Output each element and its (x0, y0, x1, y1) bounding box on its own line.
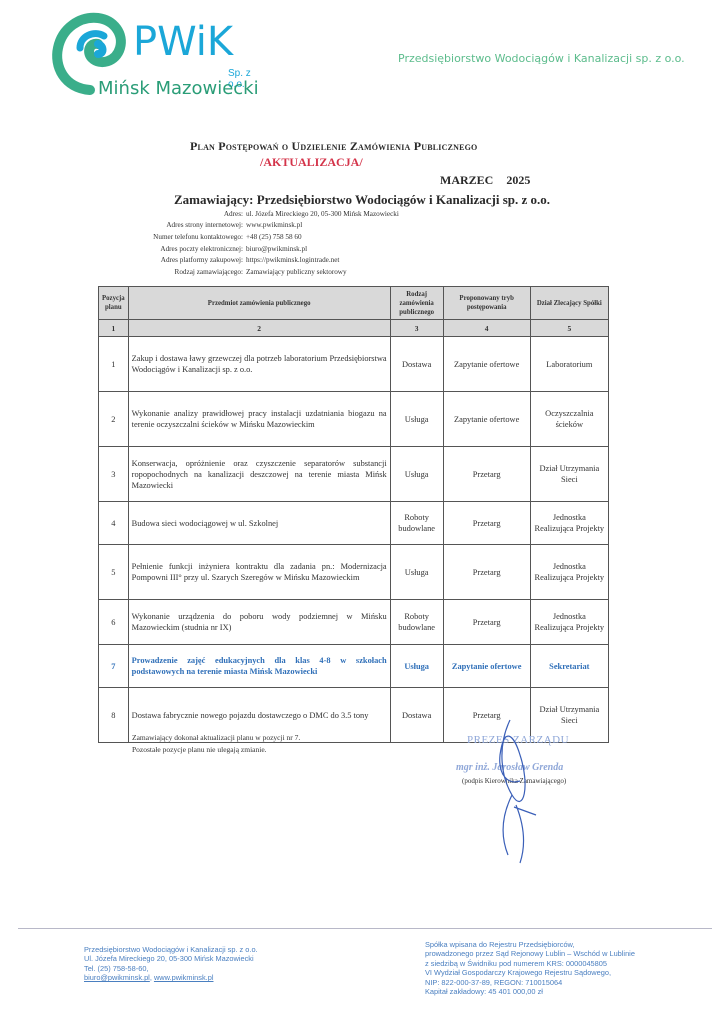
footer-line: prowadzonego przez Sąd Rejonowy Lublin –… (425, 949, 635, 958)
table-row: 2Wykonanie analizy prawidłowej pracy ins… (99, 392, 609, 447)
cell-mode: Przetarg (443, 502, 530, 545)
document-month: MARZEC (440, 173, 493, 187)
cell-position: 7 (99, 645, 129, 688)
footer-line: Kapitał zakładowy: 45 401 000,00 zł (425, 987, 635, 996)
cell-type: Dostawa (390, 337, 443, 392)
cell-department: Laboratorium (530, 337, 608, 392)
footer-email-link[interactable]: biuro@pwikminsk.pl (84, 973, 150, 982)
cell-position: 6 (99, 600, 129, 645)
company-logo: PWiK Sp. z o.o. Mińsk Mazowiecki (50, 8, 260, 103)
table-row: 7Prowadzenie zajęć edukacyjnych dla klas… (99, 645, 609, 688)
cell-position: 1 (99, 337, 129, 392)
cell-department: Sekretariat (530, 645, 608, 688)
document-year: 2025 (506, 173, 530, 187)
logo-city: Mińsk Mazowiecki (98, 78, 259, 99)
footer-registration: Spółka wpisana do Rejestru Przedsiębiorc… (425, 940, 635, 996)
buyer-label: Zamawiający: (174, 192, 253, 207)
buyer-email: Adres poczty elektronicznej:biuro@pwikmi… (100, 243, 540, 255)
buyer-website: Adres strony internetowej:www.pwikminsk.… (100, 220, 540, 232)
cell-subject: Zakup i dostawa ławy grzewczej dla potrz… (128, 337, 390, 392)
footer-line: Tel. (25) 758-58-60, (84, 964, 258, 973)
cell-position: 8 (99, 688, 129, 743)
table-row: 5Pełnienie funkcji inżyniera kontraktu d… (99, 545, 609, 600)
update-label: /AKTUALIZACJA/ (260, 155, 363, 170)
footer-line: NIP: 822-000-37-89, REGON: 710015064 (425, 978, 635, 987)
cell-position: 2 (99, 392, 129, 447)
column-number: 4 (443, 320, 530, 337)
document-title: Plan Postępowań o Udzielenie Zamówienia … (190, 139, 477, 154)
table-row: 4Budowa sieci wodociągowej w ul. Szkolne… (99, 502, 609, 545)
column-number: 2 (128, 320, 390, 337)
buyer-name: Przedsiębiorstwo Wodociągów i Kanalizacj… (257, 192, 550, 207)
handwritten-signature-icon (490, 715, 540, 865)
cell-mode: Przetarg (443, 545, 530, 600)
footer-line: Spółka wpisana do Rejestru Przedsiębiorc… (425, 940, 635, 949)
footer-website-link[interactable]: www.pwikminsk.pl (154, 973, 214, 982)
column-number: 3 (390, 320, 443, 337)
buyer-address: Adres:ul. Józefa Mireckiego 20, 05-300 M… (100, 208, 540, 220)
cell-subject: Pełnienie funkcji inżyniera kontraktu dl… (128, 545, 390, 600)
cell-subject: Wykonanie urządzenia do poboru wody podz… (128, 600, 390, 645)
header-position: Pozycja planu (99, 287, 129, 320)
buyer-phone: Numer telefonu kontaktowego:+48 (25) 758… (100, 231, 540, 243)
cell-type: Usługa (390, 545, 443, 600)
cell-mode: Zapytanie ofertowe (443, 392, 530, 447)
table-column-numbers: 1 2 3 4 5 (99, 320, 609, 337)
cell-department: Dział Utrzymania Sieci (530, 447, 608, 502)
cell-subject: Budowa sieci wodociągowej w ul. Szkolnej (128, 502, 390, 545)
header-subject: Przedmiot zamówienia publicznego (128, 287, 390, 320)
cell-department: Jednostka Realizująca Projekty (530, 545, 608, 600)
cell-mode: Zapytanie ofertowe (443, 645, 530, 688)
document-period: MARZEC 2025 (440, 173, 530, 188)
cell-mode: Zapytanie ofertowe (443, 337, 530, 392)
cell-type: Dostawa (390, 688, 443, 743)
cell-type: Roboty budowlane (390, 502, 443, 545)
footer-line: Ul. Józefa Mireckiego 20, 05-300 Mińsk M… (84, 954, 258, 963)
cell-department: Oczyszczalnia ścieków (530, 392, 608, 447)
cell-position: 4 (99, 502, 129, 545)
footer-line: VI Wydział Gospodarczy Krajowego Rejestr… (425, 968, 635, 977)
buyer-platform: Adres platformy zakupowej:https://pwikmi… (100, 254, 540, 266)
logo-brand: PWiK (133, 22, 233, 62)
buyer-details: Adres:ul. Józefa Mireckiego 20, 05-300 M… (100, 208, 540, 278)
cell-subject: Konserwacja, opróżnienie oraz czyszczeni… (128, 447, 390, 502)
cell-subject: Prowadzenie zajęć edukacyjnych dla klas … (128, 645, 390, 688)
table-row: 6Wykonanie urządzenia do poboru wody pod… (99, 600, 609, 645)
footer-line: Przedsiębiorstwo Wodociągów i Kanalizacj… (84, 945, 258, 954)
footer-contact: Przedsiębiorstwo Wodociągów i Kanalizacj… (84, 945, 258, 983)
column-number: 5 (530, 320, 608, 337)
table-row: 1Zakup i dostawa ławy grzewczej dla potr… (99, 337, 609, 392)
header-mode: Proponowany tryb postępowania (443, 287, 530, 320)
footer-links: biuro@pwikminsk.pl, www.pwikminsk.pl (84, 973, 258, 982)
cell-mode: Przetarg (443, 600, 530, 645)
header-type: Rodzaj zamówienia publicznego (390, 287, 443, 320)
footer-divider (18, 928, 712, 929)
cell-subject: Wykonanie analizy prawidłowej pracy inst… (128, 392, 390, 447)
header-department: Dział Zlecający Spółki (530, 287, 608, 320)
cell-type: Usługa (390, 392, 443, 447)
cell-type: Roboty budowlane (390, 600, 443, 645)
cell-mode: Przetarg (443, 447, 530, 502)
cell-type: Usługa (390, 645, 443, 688)
buyer-heading: Zamawiający: Przedsiębiorstwo Wodociągów… (174, 192, 550, 208)
cell-type: Usługa (390, 447, 443, 502)
table-header-row: Pozycja planu Przedmiot zamówienia publi… (99, 287, 609, 320)
header-company-name: Przedsiębiorstwo Wodociągów i Kanalizacj… (398, 52, 685, 65)
table-row: 3Konserwacja, opróżnienie oraz czyszczen… (99, 447, 609, 502)
update-notes: Zamawiający dokonał aktualizacji planu w… (132, 732, 300, 756)
cell-position: 3 (99, 447, 129, 502)
column-number: 1 (99, 320, 129, 337)
footer-line: z siedzibą w Świdniku pod numerem KRS: 0… (425, 959, 635, 968)
note-line: Pozostałe pozycje planu nie ulegają zmia… (132, 744, 300, 756)
note-line: Zamawiający dokonał aktualizacji planu w… (132, 732, 300, 744)
cell-position: 5 (99, 545, 129, 600)
procurement-plan-table: Pozycja planu Przedmiot zamówienia publi… (98, 286, 609, 743)
cell-department: Jednostka Realizująca Projekty (530, 600, 608, 645)
cell-department: Jednostka Realizująca Projekty (530, 502, 608, 545)
buyer-type: Rodzaj zamawiającego:Zamawiający publicz… (100, 266, 540, 278)
